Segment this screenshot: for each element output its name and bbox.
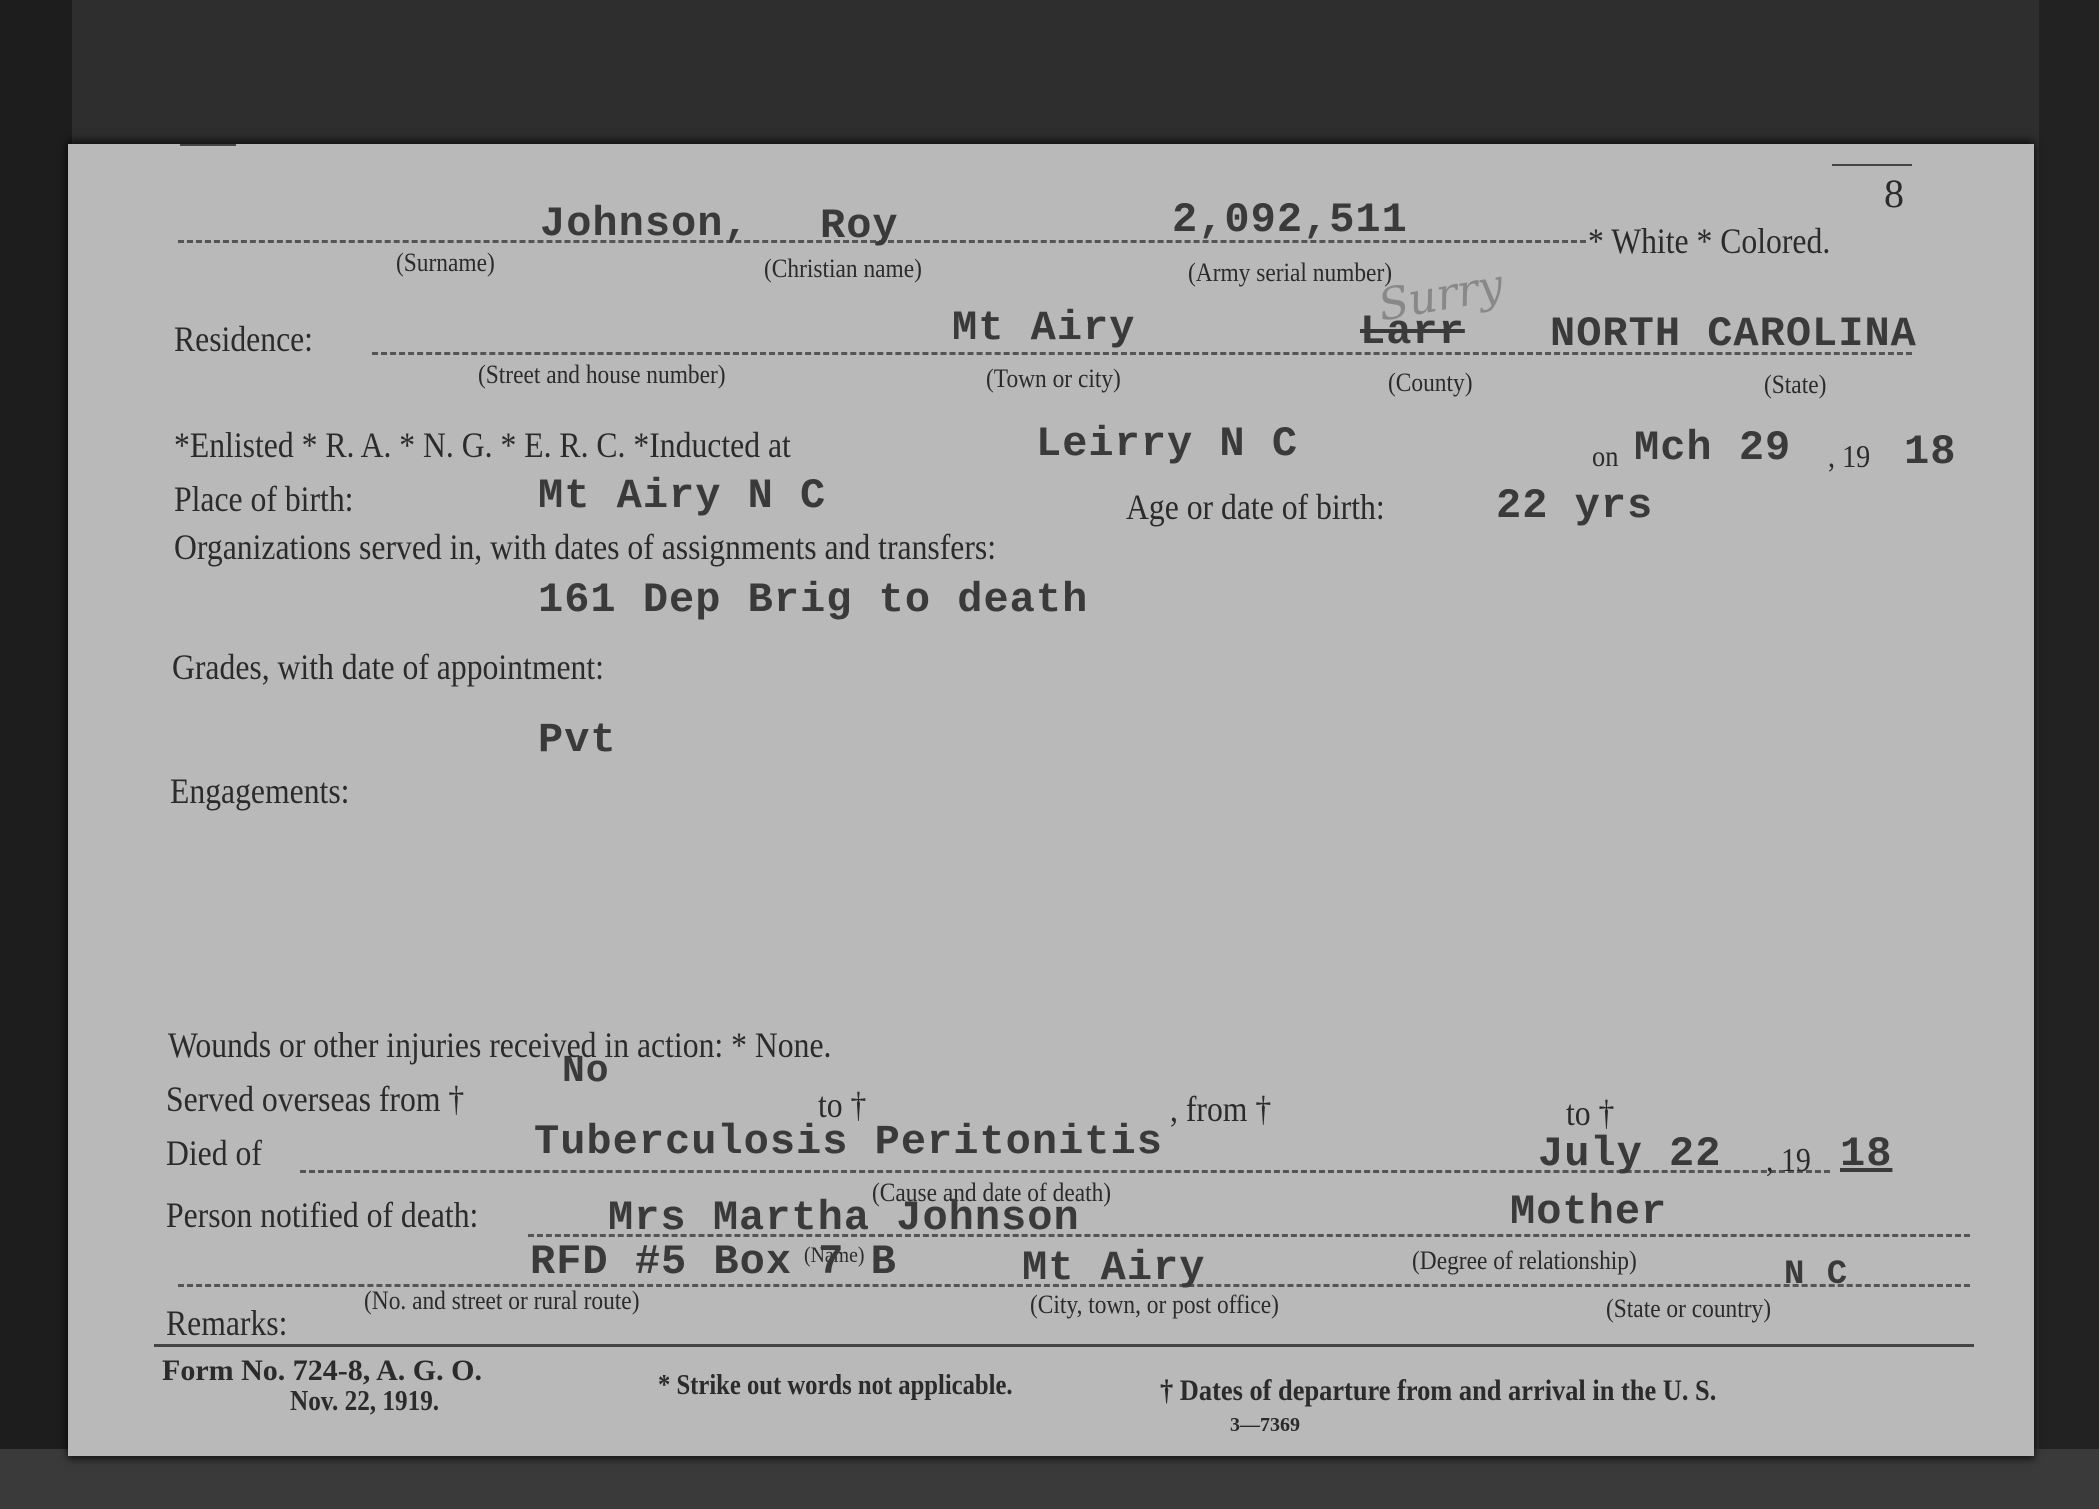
overseas-to2-label: to † xyxy=(1566,1092,1614,1134)
death-cause-value: Tuberculosis Peritonitis xyxy=(534,1118,1163,1166)
induction-date-value: Mch 29 xyxy=(1634,424,1791,472)
page-number-rule xyxy=(1832,164,1912,166)
person-notified-label: Person notified of death: xyxy=(166,1194,478,1236)
state-caption: (State) xyxy=(1764,370,1826,400)
age-value: 22 yrs xyxy=(1496,482,1653,530)
organizations-label: Organizations served in, with dates of a… xyxy=(174,526,996,568)
christian-name-value: Roy xyxy=(820,202,899,250)
engagements-label: Engagements: xyxy=(170,770,349,812)
notified-state-value: N C xyxy=(1784,1256,1848,1294)
scan-border-right xyxy=(2039,0,2099,1509)
overseas-from-label: Served overseas from † xyxy=(166,1078,464,1120)
induction-year-prefix: , 19 xyxy=(1828,438,1870,475)
christian-name-caption: (Christian name) xyxy=(764,254,922,284)
notified-city-value: Mt Airy xyxy=(1022,1244,1205,1292)
death-year-value: 18 xyxy=(1840,1130,1892,1178)
surname-value: Johnson, xyxy=(540,200,750,248)
print-code: 3—7369 xyxy=(1230,1414,1300,1437)
remarks-label: Remarks: xyxy=(166,1302,287,1344)
scan-border-bottom xyxy=(0,1449,2099,1509)
form-number: Form No. 724-8, A. G. O. xyxy=(162,1354,482,1388)
induction-year-value: 18 xyxy=(1904,428,1956,476)
address-state-caption: (State or country) xyxy=(1606,1294,1771,1324)
residence-state-value: NORTH CAROLINA xyxy=(1550,310,1917,358)
induction-place-value: Leirry N C xyxy=(1036,420,1298,468)
residence-label: Residence: xyxy=(174,318,313,360)
death-year-prefix: , 19 xyxy=(1766,1142,1811,1180)
serial-number-caption: (Army serial number) xyxy=(1188,258,1392,288)
address-city-caption: (City, town, or post office) xyxy=(1030,1290,1279,1320)
relationship-caption: (Degree of relationship) xyxy=(1412,1246,1637,1276)
notified-street-value: RFD #5 Box 7 B xyxy=(530,1238,897,1286)
address-street-caption: (No. and street or rural route) xyxy=(364,1286,639,1316)
overseas-value: No xyxy=(562,1050,610,1093)
place-of-birth-label: Place of birth: xyxy=(174,478,353,520)
serial-number-value: 2,092,511 xyxy=(1172,196,1408,244)
organizations-value: 161 Dep Brig to death xyxy=(538,576,1088,624)
died-of-label: Died of xyxy=(166,1132,262,1174)
notified-name-value: Mrs Martha Johnson xyxy=(608,1194,1080,1242)
grades-label: Grades, with date of appointment: xyxy=(172,646,604,688)
wounds-label: Wounds or other injuries received in act… xyxy=(168,1024,831,1066)
surname-caption: (Surname) xyxy=(396,248,495,278)
footer-rule xyxy=(154,1344,1974,1347)
relationship-value: Mother xyxy=(1510,1188,1667,1236)
form-date: Nov. 22, 1919. xyxy=(290,1386,439,1418)
grades-value: Pvt xyxy=(538,716,617,764)
county-caption: (County) xyxy=(1388,368,1473,398)
scan-border-left xyxy=(0,0,72,1509)
induction-on-label: on xyxy=(1592,440,1618,474)
town-caption: (Town or city) xyxy=(986,364,1121,394)
residence-county-handwritten: Surry xyxy=(1375,259,1507,331)
death-date-value: July 22 xyxy=(1538,1130,1721,1178)
residence-town-value: Mt Airy xyxy=(952,304,1135,352)
age-label: Age or date of birth: xyxy=(1126,486,1385,528)
strike-out-note: * Strike out words not applicable. xyxy=(658,1370,1013,1402)
corner-mark xyxy=(180,144,236,146)
overseas-from2-label: , from † xyxy=(1170,1088,1271,1130)
street-caption: (Street and house number) xyxy=(478,360,726,390)
page-number: 8 xyxy=(1884,170,1904,217)
race-options: * White * Colored. xyxy=(1588,220,1830,262)
dates-note: † Dates of departure from and arrival in… xyxy=(1160,1374,1716,1408)
place-of-birth-value: Mt Airy N C xyxy=(538,472,826,520)
enlistment-type-label: *Enlisted * R. A. * N. G. * E. R. C. *In… xyxy=(174,424,791,466)
record-card: 8 Johnson, Roy 2,092,511 * White * Color… xyxy=(68,144,2034,1456)
